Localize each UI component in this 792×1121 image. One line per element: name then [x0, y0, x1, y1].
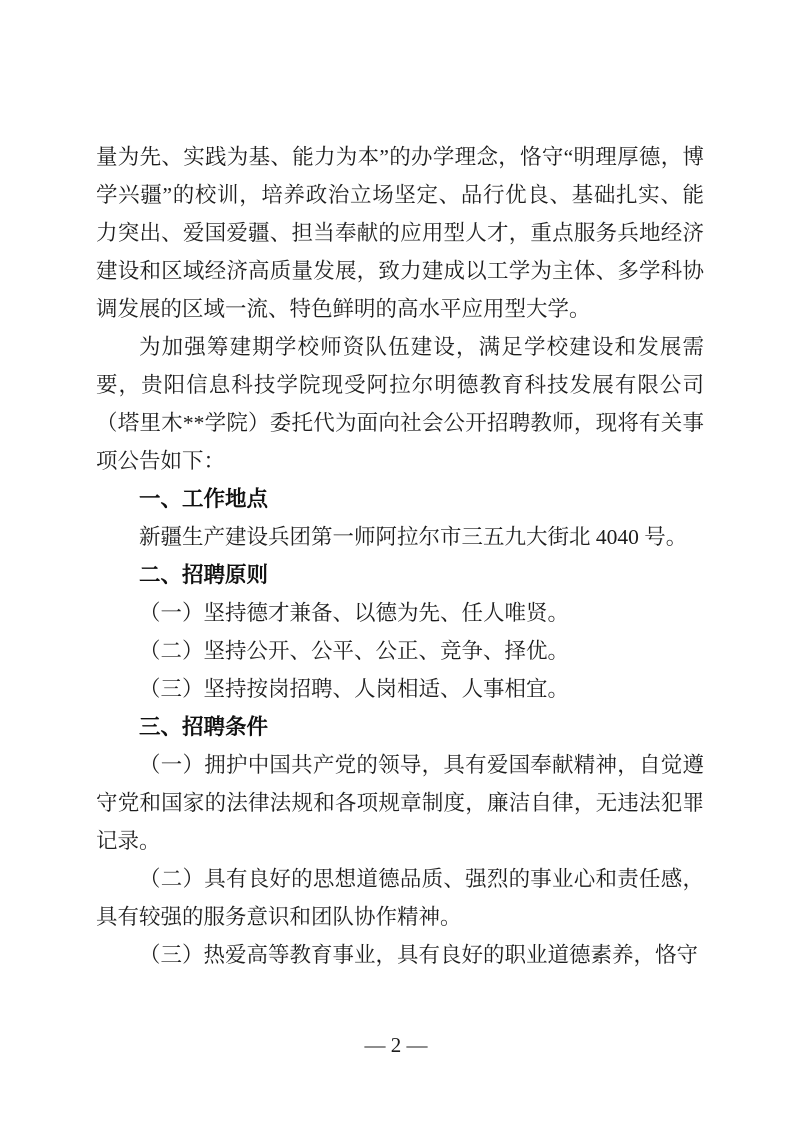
paragraph-continuation-school-philosophy: 量为先、实践为基、能力为本”的办学理念，恪守“明理厚德，博学兴疆”的校训，培养政…: [96, 138, 704, 328]
page-number: — 2 —: [0, 1030, 792, 1060]
list-item-condition-2: （二）具有良好的思想道德品质、强烈的事业心和责任感，具有较强的服务意识和团队协作…: [96, 860, 704, 936]
list-item-principle-2: （二）坚持公开、公平、公正、竞争、择优。: [96, 632, 704, 670]
list-item-condition-3: （三）热爱高等教育事业，具有良好的职业道德素养，恪守: [96, 936, 704, 974]
list-item-principle-1: （一）坚持德才兼备、以德为先、任人唯贤。: [96, 594, 704, 632]
paragraph-recruitment-intro: 为加强筹建期学校师资队伍建设，满足学校建设和发展需要，贵阳信息科技学院现受阿拉尔…: [96, 328, 704, 480]
paragraph-work-location-address: 新疆生产建设兵团第一师阿拉尔市三五九大街北 4040 号。: [96, 518, 704, 556]
document-page: 量为先、实践为基、能力为本”的办学理念，恪守“明理厚德，博学兴疆”的校训，培养政…: [0, 0, 792, 1121]
list-item-condition-1: （一）拥护中国共产党的领导，具有爱国奉献精神，自觉遵守党和国家的法律法规和各项规…: [96, 746, 704, 860]
heading-section-2-recruitment-principles: 二、招聘原则: [96, 556, 704, 594]
document-body: 量为先、实践为基、能力为本”的办学理念，恪守“明理厚德，博学兴疆”的校训，培养政…: [96, 138, 704, 974]
list-item-principle-3: （三）坚持按岗招聘、人岗相适、人事相宜。: [96, 670, 704, 708]
heading-section-3-recruitment-conditions: 三、招聘条件: [96, 708, 704, 746]
heading-section-1-work-location: 一、工作地点: [96, 480, 704, 518]
